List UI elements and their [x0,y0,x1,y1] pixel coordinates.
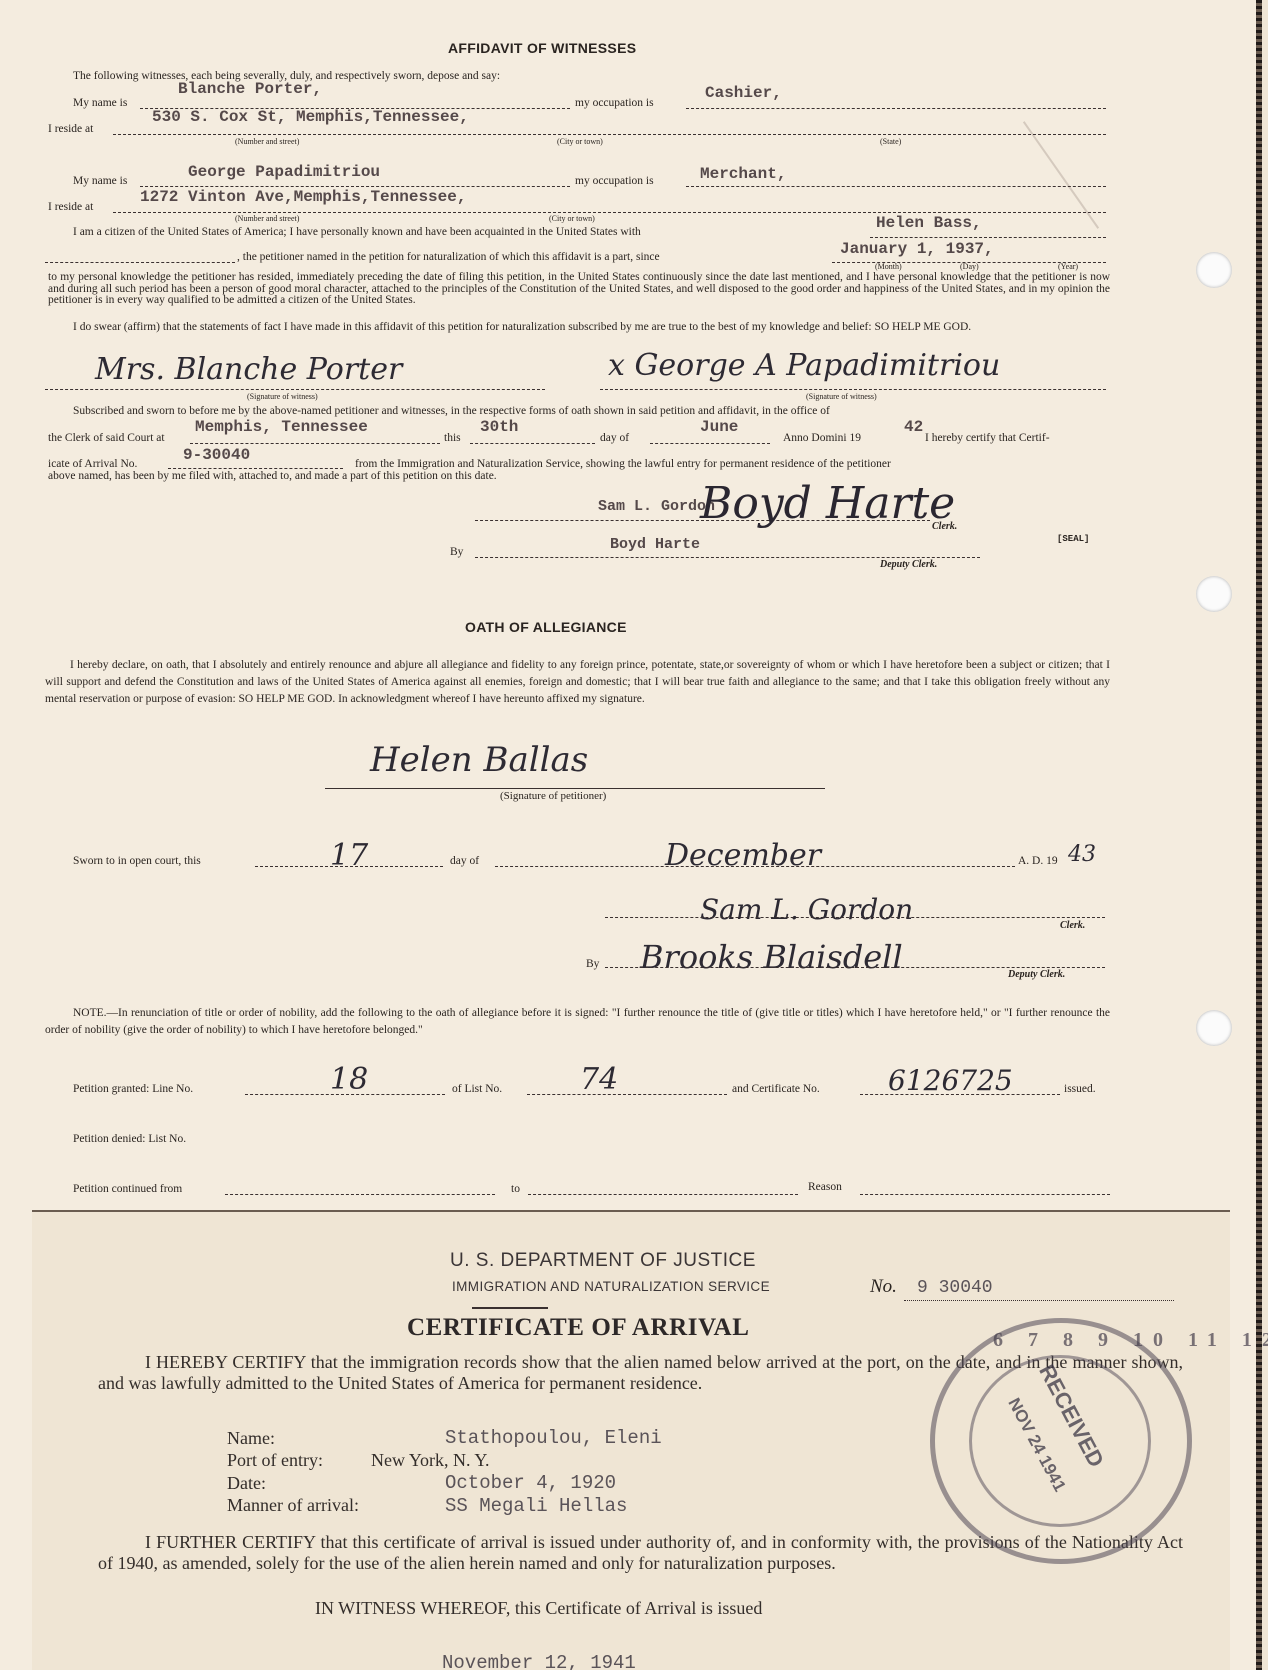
witness-whereof-text: IN WITNESS WHEREOF, this Certificate of … [315,1598,762,1619]
label-occupation: my occupation is [575,97,654,109]
field-name-label: Name: [227,1428,275,1449]
by-label: By [586,958,599,970]
cert-no-value: 9 30040 [917,1278,993,1298]
to-label: to [511,1183,520,1195]
caption-year: (Year) [1058,262,1078,271]
punch-hole [1196,252,1232,288]
caption-sig-petitioner: (Signature of petitioner) [500,790,606,802]
oath-clerk-label: Clerk. [1060,920,1085,931]
title-rule [472,1307,548,1309]
deputy-signature: Boyd Harte [700,478,955,529]
oath-clerk-line [605,917,1105,918]
anno-label: Anno Domini 19 [783,432,861,444]
list-number: 74 [580,1062,618,1097]
punch-hole [1196,1010,1232,1046]
arrival-text-2: above named, has been by me filed with, … [48,470,497,482]
day-value: 30th [480,418,518,436]
caption-city: (City or town) [549,214,595,223]
cert-label: and Certificate No. [732,1083,820,1095]
ad-label: A. D. 19 [1018,855,1058,867]
oath-text: I hereby declare, on oath, that I absolu… [45,657,1110,708]
petitioner-name-line [45,262,235,263]
label-occupation: my occupation is [575,175,654,187]
nobility-note: NOTE.—In renunciation of title or order … [45,1005,1110,1039]
witness1-signature: Mrs. Blanche Porter [95,352,402,387]
punch-hole [1196,576,1232,612]
petitioner-text: , the petitioner named in the petition f… [237,251,660,263]
month-line [650,443,770,444]
oath-deputy-label: Deputy Clerk. [1008,969,1065,980]
field-port-label: Port of entry: [227,1450,323,1471]
clerk-signature: Sam L. Gordon [700,893,913,926]
year-value: 42 [904,418,923,436]
oath-title: OATH OF ALLEGIANCE [465,619,627,635]
sworn-day-line [255,866,443,867]
seal-label: [SEAL] [1057,534,1089,544]
label-reside: I reside at [48,201,93,213]
witness2-occupation-line [686,186,1106,187]
by-label: By [450,546,463,558]
sworn-label: Sworn to in open court, this [73,855,201,867]
arrival-text: from the Immigration and Naturalization … [355,458,891,470]
arrival-line [168,468,343,469]
caption-sig-witness: (Signature of witness) [806,392,877,401]
label-name: My name is [73,175,127,187]
issued-label: issued. [1064,1083,1096,1095]
label-reside: I reside at [48,123,93,135]
sworn-month-line [495,866,1015,867]
deputy-name-typed: Boyd Harte [610,536,700,553]
caption-state: (State) [880,137,901,146]
field-manner-value: SS Megali Hellas [445,1495,627,1517]
swear-text: I do swear (affirm) that the statements … [48,322,1110,334]
certificate-number-line [860,1094,1060,1095]
certificate-title: CERTIFICATE OF ARRIVAL [407,1314,749,1342]
stamp-numbers: 6 7 8 9 10 11 12 1 2 3 4 5 [993,1329,1268,1352]
arrival-label: icate of Arrival No. [48,458,137,470]
caption-street: (Number and street) [235,214,299,223]
witness2-signature: x George A Papadimitriou [608,348,1000,383]
field-date-label: Date: [227,1473,266,1494]
witness1-address: 530 S. Cox St, Memphis,Tennessee, [152,108,469,126]
caption-street: (Number and street) [235,137,299,146]
oath-deputy-line [605,967,1105,968]
continued-from-line [225,1194,495,1195]
denied-label: Petition denied: List No. [73,1133,186,1145]
since-date: January 1, 1937, [840,240,994,258]
certify-label: I hereby certify that Certif- [925,432,1050,444]
arrival-number: 9-30040 [183,446,250,464]
witness1-address-line [113,134,1106,135]
label-name: My name is [73,97,127,109]
witness2-occupation: Merchant, [700,165,786,183]
deputy-clerk-signature: Brooks Blaisdell [640,938,903,976]
dept-title: U. S. DEPARTMENT OF JUSTICE [450,1250,756,1272]
petitioner-known-name: Helen Bass, [876,214,982,232]
list-label: of List No. [452,1083,502,1095]
witness1-occupation: Cashier, [705,84,782,102]
certificate-number: 6126725 [888,1064,1013,1097]
continued-label: Petition continued from [73,1183,182,1195]
petitioner-known-line [870,237,1106,238]
deputy-clerk-label: Deputy Clerk. [880,559,937,570]
perforated-edge [1256,0,1262,1670]
day-of-label: day of [600,432,629,444]
issued-date: November 12, 1941 [442,1652,636,1670]
petitioner-signature: Helen Ballas [370,740,588,780]
clerk-court-label: the Clerk of said Court at [48,432,165,444]
residence-text: to my personal knowledge the petitioner … [48,272,1110,307]
sworn-month: December [665,838,821,873]
received-date-stamp: 6 7 8 9 10 11 12 1 2 3 4 5 RECEIVED NOV … [930,1318,1192,1564]
field-port-value: New York, N. Y. [371,1450,490,1471]
granted-label: Petition granted: Line No. [73,1083,193,1095]
court-location: Memphis, Tennessee [195,418,368,436]
witness2-signature-line [600,389,1106,390]
petitioner-signature-line [325,788,825,789]
caption-day: (Day) [960,262,979,271]
line-number: 18 [330,1062,368,1097]
sworn-day: 17 [330,838,368,873]
naturalization-document-page: AFFIDAVIT OF WITNESSES The following wit… [0,0,1262,1670]
list-number-line [527,1094,727,1095]
witness1-name: Blanche Porter, [178,80,322,98]
field-manner-label: Manner of arrival: [227,1495,359,1516]
witness2-name: George Papadimitriou [188,163,380,181]
reason-line [860,1194,1110,1195]
deputy-line [475,557,980,558]
citizen-text: I am a citizen of the United States of A… [73,226,641,238]
field-date-value: October 4, 1920 [445,1472,616,1494]
line-number-line [245,1094,445,1095]
clerk-name: Sam L. Gordon [598,498,715,515]
caption-city: (City or town) [557,137,603,146]
court-location-line [190,443,440,444]
affidavit-title: AFFIDAVIT OF WITNESSES [448,40,636,56]
subscribed-text: Subscribed and sworn to before me by the… [73,405,830,417]
month-value: June [700,418,738,436]
caption-sig-witness: (Signature of witness) [247,392,318,401]
sworn-year: 43 [1068,842,1096,867]
this-label: this [444,432,461,444]
witness1-signature-line [45,389,545,390]
cert-no-line [904,1300,1174,1301]
witness2-name-line [140,186,570,187]
day-line [470,443,595,444]
field-name-value: Stathopoulou, Eleni [445,1427,662,1449]
caption-month: (Month) [875,262,902,271]
witness2-address-line [113,212,1106,213]
continued-to-line [528,1194,798,1195]
reason-label: Reason [808,1181,842,1193]
service-title: IMMIGRATION AND NATURALIZATION SERVICE [452,1279,770,1294]
day-of-label: day of [450,855,479,867]
witness2-address: 1272 Vinton Ave,Memphis,Tennessee, [140,188,466,206]
cert-no-label: No. [870,1276,897,1298]
witness1-occupation-line [686,108,1106,109]
